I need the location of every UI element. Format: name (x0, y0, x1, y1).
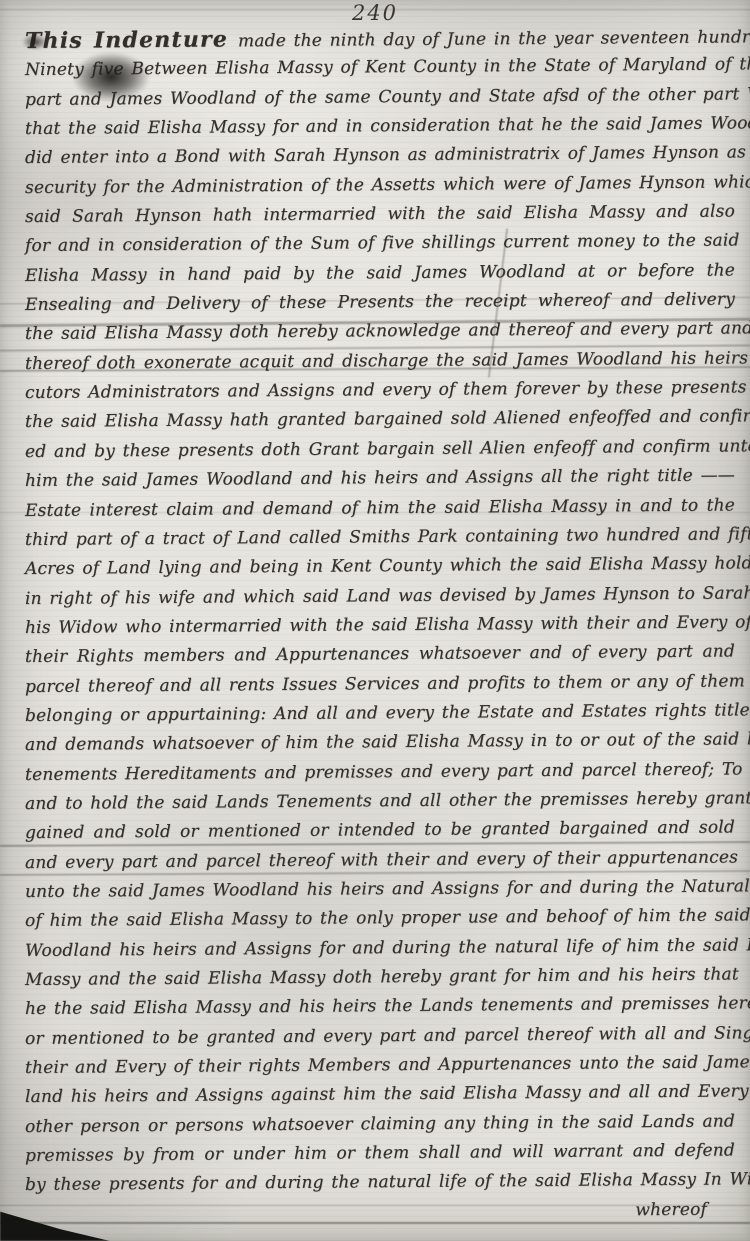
manuscript-text-block: This Indenturemade the ninth day of June… (25, 27, 735, 1230)
manuscript-line: him the said James Woodland and his heir… (25, 462, 735, 497)
closing-word: whereof (25, 1195, 735, 1230)
manuscript-body-lines: Ninety five Between Elisha Massy of Kent… (25, 56, 735, 1200)
opening-rest: made the ninth day of June in the year s… (238, 27, 750, 52)
opening-words: This Indenture (25, 26, 228, 54)
manuscript-page: 240 This Indenturemade the ninth day of … (0, 0, 750, 1241)
